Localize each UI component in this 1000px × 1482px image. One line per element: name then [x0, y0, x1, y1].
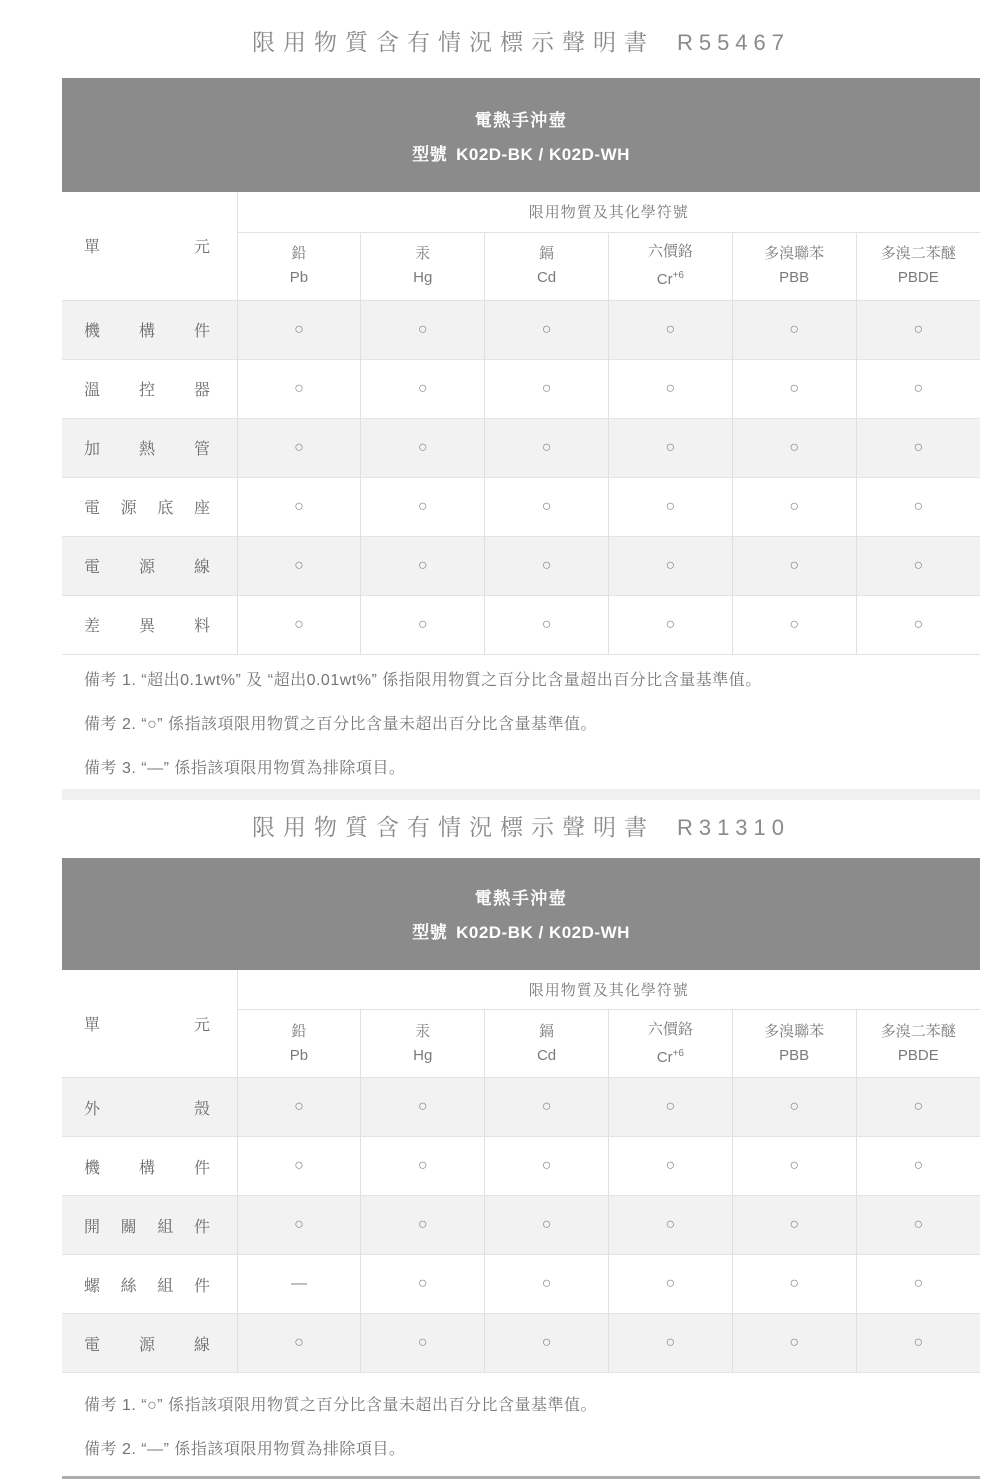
- chem-header-cell: 鉛Pb: [237, 1010, 361, 1078]
- value-cell: ○: [856, 536, 980, 595]
- notes: 備考 1. “○” 係指該項限用物質之百分比含量未超出百分比含量基準值。備考 2…: [62, 1381, 980, 1469]
- value-cell: ○: [608, 300, 732, 359]
- chem-name: 六價鉻: [609, 1018, 732, 1042]
- chem-symbol: Cr+6: [609, 1042, 732, 1070]
- table-row: 電源底座○○○○○○: [62, 477, 980, 536]
- chem-symbol: Cr+6: [609, 264, 732, 292]
- value-cell: ○: [485, 418, 609, 477]
- value-cell: ○: [856, 1314, 980, 1373]
- declaration-section: 限用物質含有情況標示聲明書R55467 電熱手沖壺 型號K02D-BK / K0…: [62, 27, 980, 800]
- value-cell: ○: [485, 1255, 609, 1314]
- model-line: 型號K02D-BK / K02D-WH: [412, 140, 630, 165]
- section-title-row: 限用物質含有情況標示聲明書R55467: [62, 27, 980, 57]
- table-row: 溫控器○○○○○○: [62, 359, 980, 418]
- model-label: 型號: [412, 145, 447, 164]
- value-cell: ○: [237, 1196, 361, 1255]
- value-cell: ○: [485, 1078, 609, 1137]
- value-cell: ○: [732, 1314, 856, 1373]
- unit-header-cell: 單元: [62, 192, 237, 300]
- table-row: 電源線○○○○○○: [62, 536, 980, 595]
- unit-label: 開關組件: [84, 1214, 210, 1237]
- unit-label: 差異料: [84, 613, 210, 636]
- unit-label: 機構件: [84, 1155, 210, 1178]
- value-cell: ○: [732, 477, 856, 536]
- chem-name: 汞: [361, 242, 484, 266]
- value-cell: ○: [732, 1137, 856, 1196]
- substances-table: 單元限用物質及其化學符號鉛Pb汞Hg鎘Cd六價鉻Cr+6多溴聯苯PBB多溴二苯醚…: [62, 192, 980, 655]
- value-cell: ○: [608, 477, 732, 536]
- value-cell: ○: [361, 536, 485, 595]
- chem-header-cell: 鎘Cd: [485, 1010, 609, 1078]
- doc-number: R31310: [677, 815, 790, 840]
- chem-name: 汞: [361, 1020, 484, 1044]
- product-header-band: 電熱手沖壺 型號K02D-BK / K02D-WH: [62, 858, 980, 970]
- doc-number: R55467: [677, 30, 790, 55]
- value-cell: ○: [237, 477, 361, 536]
- value-cell: ○: [237, 536, 361, 595]
- substances-span-header: 限用物質及其化學符號: [237, 970, 980, 1010]
- chem-name: 六價鉻: [609, 240, 732, 264]
- value-cell: ○: [237, 300, 361, 359]
- value-cell: ○: [361, 595, 485, 654]
- value-cell: ○: [608, 595, 732, 654]
- unit-cell: 機構件: [62, 1137, 237, 1196]
- value-cell: ○: [732, 418, 856, 477]
- value-cell: ○: [237, 418, 361, 477]
- value-cell: ○: [732, 595, 856, 654]
- chem-name: 多溴二苯醚: [857, 1020, 980, 1044]
- chem-symbol: Cd: [485, 266, 608, 290]
- chem-symbol: Hg: [361, 266, 484, 290]
- unit-cell: 電源線: [62, 536, 237, 595]
- value-cell: ○: [732, 359, 856, 418]
- unit-cell: 開關組件: [62, 1196, 237, 1255]
- chem-name: 鉛: [238, 1020, 361, 1044]
- table-row: 外殼○○○○○○: [62, 1078, 980, 1137]
- chem-name: 鎘: [485, 242, 608, 266]
- value-cell: —: [237, 1255, 361, 1314]
- table-row: 差異料○○○○○○: [62, 595, 980, 654]
- substances-span-header: 限用物質及其化學符號: [237, 192, 980, 232]
- unit-cell: 加熱管: [62, 418, 237, 477]
- section-divider: [62, 789, 980, 800]
- value-cell: ○: [485, 359, 609, 418]
- value-cell: ○: [608, 1078, 732, 1137]
- value-cell: ○: [237, 1078, 361, 1137]
- chem-name: 鎘: [485, 1020, 608, 1044]
- unit-label: 外殼: [84, 1096, 210, 1119]
- value-cell: ○: [485, 595, 609, 654]
- chem-header-cell: 六價鉻Cr+6: [608, 232, 732, 300]
- product-header-band: 電熱手沖壺 型號K02D-BK / K02D-WH: [62, 78, 980, 192]
- table-row: 開關組件○○○○○○: [62, 1196, 980, 1255]
- chem-name: 多溴聯苯: [733, 242, 856, 266]
- chem-header-cell: 多溴聯苯PBB: [732, 1010, 856, 1078]
- note-line: 備考 2. “○” 係指該項限用物質之百分比含量未超出百分比含量基準值。: [62, 701, 980, 745]
- value-cell: ○: [237, 359, 361, 418]
- unit-cell: 外殼: [62, 1078, 237, 1137]
- value-cell: ○: [361, 300, 485, 359]
- unit-label: 溫控器: [84, 377, 210, 400]
- declaration-document: 限用物質含有情況標示聲明書R55467 電熱手沖壺 型號K02D-BK / K0…: [62, 27, 980, 1479]
- value-cell: ○: [856, 1196, 980, 1255]
- chem-header-cell: 鉛Pb: [237, 232, 361, 300]
- chem-symbol: Pb: [238, 266, 361, 290]
- chem-symbol: Cd: [485, 1044, 608, 1068]
- value-cell: ○: [485, 536, 609, 595]
- value-cell: ○: [361, 1137, 485, 1196]
- value-cell: ○: [856, 477, 980, 536]
- value-cell: ○: [608, 1137, 732, 1196]
- unit-cell: 溫控器: [62, 359, 237, 418]
- chem-header-cell: 多溴聯苯PBB: [732, 232, 856, 300]
- substances-table: 單元限用物質及其化學符號鉛Pb汞Hg鎘Cd六價鉻Cr+6多溴聯苯PBB多溴二苯醚…: [62, 970, 980, 1374]
- unit-label: 電源線: [84, 1332, 210, 1355]
- value-cell: ○: [732, 300, 856, 359]
- table-row: 機構件○○○○○○: [62, 300, 980, 359]
- note-line: 備考 1. “○” 係指該項限用物質之百分比含量未超出百分比含量基準值。: [62, 1381, 980, 1425]
- value-cell: ○: [856, 1137, 980, 1196]
- unit-cell: 機構件: [62, 300, 237, 359]
- chem-header-cell: 鎘Cd: [485, 232, 609, 300]
- notes: 備考 1. “超出0.1wt%” 及 “超出0.01wt%” 係指限用物質之百分…: [62, 657, 980, 789]
- chem-symbol: Pb: [238, 1044, 361, 1068]
- unit-cell: 螺絲組件: [62, 1255, 237, 1314]
- value-cell: ○: [608, 1314, 732, 1373]
- unit-label: 加熱管: [84, 436, 210, 459]
- value-cell: ○: [361, 477, 485, 536]
- substances-table-slot: 單元限用物質及其化學符號鉛Pb汞Hg鎘Cd六價鉻Cr+6多溴聯苯PBB多溴二苯醚…: [62, 970, 980, 1374]
- table-row: 電源線○○○○○○: [62, 1314, 980, 1373]
- chem-symbol: Hg: [361, 1044, 484, 1068]
- unit-cell: 電源底座: [62, 477, 237, 536]
- value-cell: ○: [608, 1255, 732, 1314]
- value-cell: ○: [361, 1196, 485, 1255]
- chem-symbol: PBDE: [857, 1044, 980, 1068]
- value-cell: ○: [237, 595, 361, 654]
- chem-header-cell: 汞Hg: [361, 232, 485, 300]
- unit-label: 電源底座: [84, 495, 210, 518]
- substances-table-slot: 單元限用物質及其化學符號鉛Pb汞Hg鎘Cd六價鉻Cr+6多溴聯苯PBB多溴二苯醚…: [62, 192, 980, 655]
- unit-header-cell: 單元: [62, 970, 237, 1078]
- value-cell: ○: [608, 359, 732, 418]
- value-cell: ○: [856, 418, 980, 477]
- page-bottom-divider: [62, 1476, 980, 1479]
- product-name: 電熱手沖壺: [475, 884, 568, 909]
- value-cell: ○: [485, 1137, 609, 1196]
- unit-label: 單元: [84, 234, 210, 257]
- note-line: 備考 2. “—” 係指該項限用物質為排除項目。: [62, 1425, 980, 1469]
- value-cell: ○: [361, 359, 485, 418]
- model-number: K02D-BK / K02D-WH: [456, 145, 630, 164]
- value-cell: ○: [361, 1255, 485, 1314]
- chem-name: 鉛: [238, 242, 361, 266]
- value-cell: ○: [237, 1137, 361, 1196]
- value-cell: ○: [732, 1196, 856, 1255]
- value-cell: ○: [856, 595, 980, 654]
- value-cell: ○: [856, 300, 980, 359]
- product-name: 電熱手沖壺: [475, 106, 568, 131]
- unit-cell: 差異料: [62, 595, 237, 654]
- section-title: 限用物質含有情況標示聲明書: [252, 814, 655, 840]
- value-cell: ○: [856, 359, 980, 418]
- chem-name: 多溴二苯醚: [857, 242, 980, 266]
- value-cell: ○: [732, 1255, 856, 1314]
- section-title: 限用物質含有情況標示聲明書: [252, 29, 655, 55]
- table-row: 加熱管○○○○○○: [62, 418, 980, 477]
- unit-label: 機構件: [84, 318, 210, 341]
- value-cell: ○: [608, 1196, 732, 1255]
- chem-header-cell: 汞Hg: [361, 1010, 485, 1078]
- table-row: 螺絲組件—○○○○○: [62, 1255, 980, 1314]
- value-cell: ○: [485, 300, 609, 359]
- unit-label: 單元: [84, 1012, 210, 1035]
- chem-symbol: PBB: [733, 1044, 856, 1068]
- unit-label: 螺絲組件: [84, 1273, 210, 1296]
- value-cell: ○: [361, 1078, 485, 1137]
- value-cell: ○: [608, 418, 732, 477]
- model-number: K02D-BK / K02D-WH: [456, 923, 630, 942]
- value-cell: ○: [732, 1078, 856, 1137]
- note-line: 備考 1. “超出0.1wt%” 及 “超出0.01wt%” 係指限用物質之百分…: [62, 657, 980, 701]
- chem-name: 多溴聯苯: [733, 1020, 856, 1044]
- unit-label: 電源線: [84, 554, 210, 577]
- unit-cell: 電源線: [62, 1314, 237, 1373]
- value-cell: ○: [856, 1078, 980, 1137]
- value-cell: ○: [732, 536, 856, 595]
- model-label: 型號: [412, 923, 447, 942]
- note-line: 備考 3. “—” 係指該項限用物質為排除項目。: [62, 745, 980, 789]
- chem-symbol: PBB: [733, 266, 856, 290]
- model-line: 型號K02D-BK / K02D-WH: [412, 918, 630, 943]
- value-cell: ○: [485, 1196, 609, 1255]
- table-row: 機構件○○○○○○: [62, 1137, 980, 1196]
- value-cell: ○: [856, 1255, 980, 1314]
- value-cell: ○: [485, 1314, 609, 1373]
- value-cell: ○: [485, 477, 609, 536]
- section-title-row: 限用物質含有情況標示聲明書R31310: [62, 812, 980, 842]
- chem-header-cell: 多溴二苯醚PBDE: [856, 232, 980, 300]
- value-cell: ○: [361, 418, 485, 477]
- value-cell: ○: [237, 1314, 361, 1373]
- value-cell: ○: [608, 536, 732, 595]
- value-cell: ○: [361, 1314, 485, 1373]
- chem-symbol: PBDE: [857, 266, 980, 290]
- chem-header-cell: 六價鉻Cr+6: [608, 1010, 732, 1078]
- declaration-section: 限用物質含有情況標示聲明書R31310 電熱手沖壺 型號K02D-BK / K0…: [62, 812, 980, 1480]
- chem-header-cell: 多溴二苯醚PBDE: [856, 1010, 980, 1078]
